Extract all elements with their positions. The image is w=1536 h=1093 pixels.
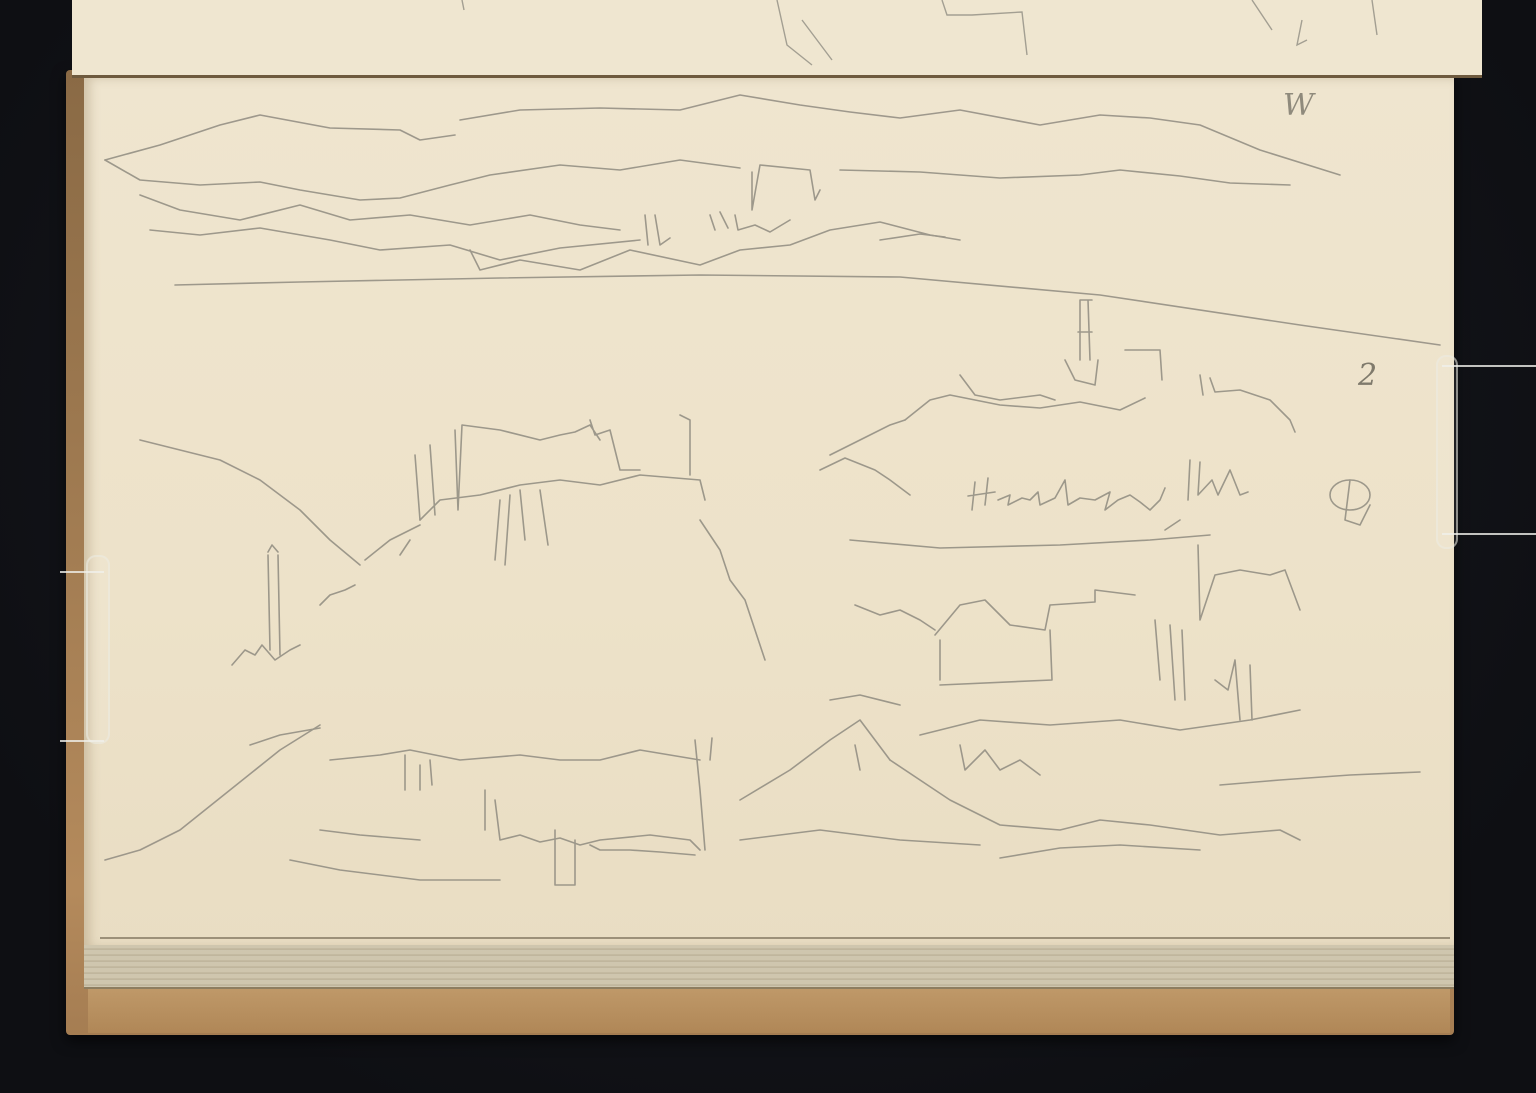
left-clip-wire-bottom <box>60 740 104 742</box>
top-right-mark: W <box>1283 88 1314 123</box>
pencil-sketches <box>0 0 1536 1093</box>
sketchbook-photo: W 2 <box>0 0 1536 1093</box>
right-clip-wire-bottom <box>1442 533 1536 535</box>
left-clip-wire-top <box>60 571 104 573</box>
right-clip-wire-top <box>1442 365 1536 367</box>
left-page-clip <box>86 555 110 744</box>
right-margin-number: 2 <box>1358 358 1377 393</box>
right-page-clip <box>1436 355 1458 549</box>
